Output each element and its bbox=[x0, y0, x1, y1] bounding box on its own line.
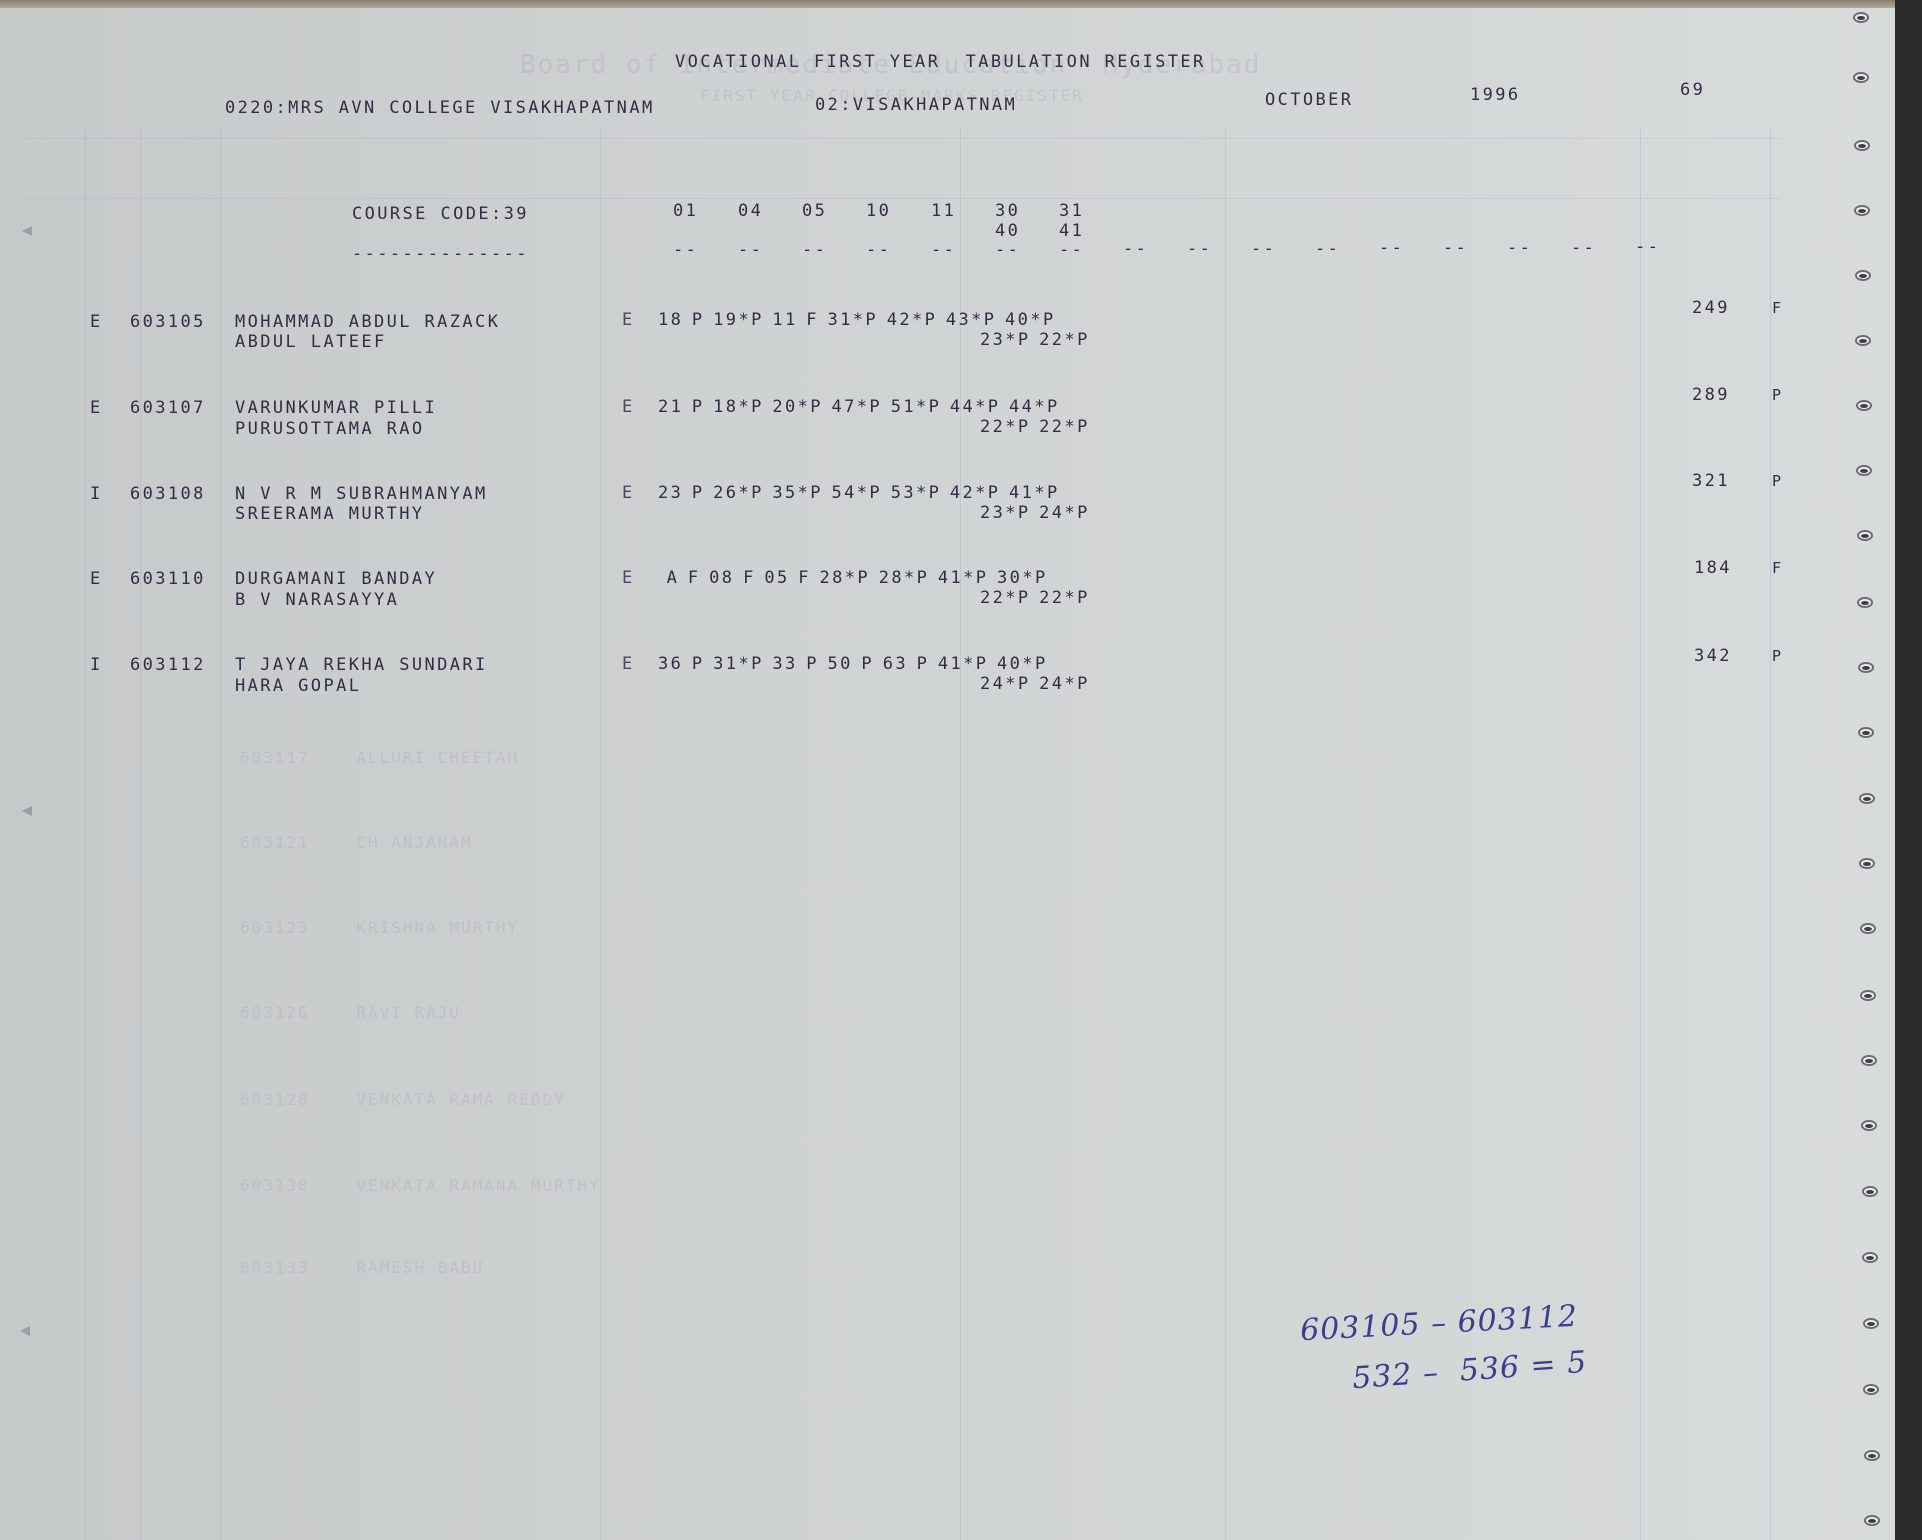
handwritten-count-note: 532 – 536 = 5 bbox=[1351, 1345, 1588, 1396]
sprocket-hole-icon bbox=[1855, 335, 1871, 346]
subject-code: 30 bbox=[995, 201, 1020, 221]
form-rule bbox=[600, 128, 601, 1540]
subject-marks-row1: 18 P 19*P 11 F 31*P 42*P 43*P 40*P bbox=[658, 310, 1056, 330]
sprocket-hole-icon bbox=[1864, 1515, 1880, 1526]
dash-marker: -- bbox=[1507, 238, 1532, 258]
exam-type: E bbox=[622, 483, 635, 503]
form-rule bbox=[140, 128, 141, 1540]
subject-code: 05 bbox=[802, 201, 827, 221]
underlying-form-print: 603123 KRISHNA MURTHY bbox=[240, 918, 519, 937]
underlying-form-print: 603121 CH ANJANAM bbox=[240, 833, 473, 852]
total-marks: 184 bbox=[1694, 558, 1732, 578]
background-edge bbox=[1895, 0, 1922, 1540]
medium-code: E bbox=[90, 398, 103, 418]
form-rule bbox=[1770, 128, 1771, 1540]
form-rule bbox=[220, 128, 221, 1540]
tabulation-sheet: Board of Intermediate Education Hyderaba… bbox=[0, 8, 1895, 1540]
total-marks: 289 bbox=[1692, 385, 1730, 405]
subject-code: 04 bbox=[738, 201, 763, 221]
course-code-label: COURSE CODE:39 bbox=[352, 204, 529, 224]
dash-marker: -- bbox=[1187, 239, 1212, 259]
father-name: PURUSOTTAMA RAO bbox=[235, 419, 425, 439]
hall-ticket-number: 603108 bbox=[130, 484, 206, 504]
sprocket-hole-icon bbox=[1855, 270, 1871, 281]
form-rule bbox=[1640, 128, 1641, 1540]
sprocket-hole-icon bbox=[1861, 1120, 1877, 1131]
exam-month: OCTOBER bbox=[1265, 90, 1353, 110]
result-status: F bbox=[1772, 298, 1783, 318]
sprocket-hole-icon bbox=[1860, 990, 1876, 1001]
dash-marker: -- bbox=[673, 240, 698, 260]
exam-type: E bbox=[622, 310, 635, 330]
father-name: SREERAMA MURTHY bbox=[235, 504, 425, 524]
sprocket-hole-icon bbox=[1859, 793, 1875, 804]
dash-marker: -- bbox=[1251, 239, 1276, 259]
sprocket-hole-icon bbox=[1853, 72, 1869, 83]
total-marks: 342 bbox=[1694, 646, 1732, 666]
hall-ticket-number: 603112 bbox=[130, 655, 206, 675]
subject-code: 41 bbox=[1059, 221, 1084, 241]
exam-type: E bbox=[622, 568, 635, 588]
father-name: B V NARASAYYA bbox=[235, 590, 399, 610]
subject-marks-row2: 24*P 24*P bbox=[980, 674, 1090, 694]
student-name: N V R M SUBRAHMANYAM bbox=[235, 484, 488, 504]
subject-code: 11 bbox=[931, 201, 956, 221]
medium-code: I bbox=[90, 655, 103, 675]
subject-code: 10 bbox=[866, 201, 891, 221]
medium-code: E bbox=[90, 312, 103, 332]
father-name: HARA GOPAL bbox=[235, 676, 361, 696]
sprocket-hole-icon bbox=[1862, 1186, 1878, 1197]
total-marks: 249 bbox=[1692, 298, 1730, 318]
result-status: F bbox=[1772, 558, 1783, 578]
father-name: ABDUL LATEEF bbox=[235, 332, 387, 352]
dash-marker: -- bbox=[995, 240, 1020, 260]
form-rule bbox=[20, 138, 1780, 139]
dash-marker: -- bbox=[1571, 238, 1596, 258]
form-rule bbox=[85, 128, 86, 1540]
margin-tear-mark bbox=[22, 806, 32, 816]
hall-ticket-number: 603110 bbox=[130, 569, 206, 589]
dash-marker: -- bbox=[931, 240, 956, 260]
student-name: MOHAMMAD ABDUL RAZACK bbox=[235, 312, 500, 332]
course-underline: -------------- bbox=[352, 244, 529, 264]
subject-code: 31 bbox=[1059, 201, 1084, 221]
hall-ticket-number: 603105 bbox=[130, 312, 206, 332]
subject-code: 01 bbox=[673, 201, 698, 221]
sprocket-hole-icon bbox=[1856, 465, 1872, 476]
sprocket-hole-icon bbox=[1864, 1450, 1880, 1461]
sprocket-hole-icon bbox=[1858, 662, 1874, 673]
form-rule bbox=[960, 128, 961, 1540]
student-name: T JAYA REKHA SUNDARI bbox=[235, 655, 488, 675]
margin-tear-mark bbox=[20, 1326, 30, 1336]
subject-marks-row1: 21 P 18*P 20*P 47*P 51*P 44*P 44*P bbox=[658, 397, 1060, 417]
exam-type: E bbox=[622, 397, 635, 417]
form-rule bbox=[1225, 128, 1226, 1540]
result-status: P bbox=[1772, 385, 1783, 405]
hall-ticket-number: 603107 bbox=[130, 398, 206, 418]
exam-year: 1996 bbox=[1470, 85, 1521, 105]
dash-marker: -- bbox=[802, 240, 827, 260]
subject-marks-row2: 22*P 22*P bbox=[980, 588, 1090, 608]
sprocket-hole-icon bbox=[1861, 1055, 1877, 1066]
sprocket-hole-icon bbox=[1858, 727, 1874, 738]
medium-code: E bbox=[90, 569, 103, 589]
handwritten-range-note: 603105 – 603112 bbox=[1299, 1299, 1579, 1349]
district-name: 02:VISAKHAPATNAM bbox=[815, 95, 1017, 115]
sprocket-hole-icon bbox=[1854, 205, 1870, 216]
subject-marks-row1: 36 P 31*P 33 P 50 P 63 P 41*P 40*P bbox=[658, 654, 1048, 674]
student-name: VARUNKUMAR PILLI bbox=[235, 398, 437, 418]
underlying-form-print: 603128 VENKATA RAMA REDDY bbox=[240, 1090, 566, 1109]
college-name: 0220:MRS AVN COLLEGE VISAKHAPATNAM bbox=[225, 98, 655, 118]
medium-code: I bbox=[90, 484, 103, 504]
sprocket-hole-icon bbox=[1857, 530, 1873, 541]
underlying-form-print: 603130 VENKATA RAMANA MURTHY bbox=[240, 1176, 601, 1195]
dash-marker: -- bbox=[1443, 238, 1468, 258]
dash-marker: -- bbox=[1315, 239, 1340, 259]
exam-type: E bbox=[622, 654, 635, 674]
dash-marker: -- bbox=[1123, 239, 1148, 259]
sprocket-hole-icon bbox=[1854, 140, 1870, 151]
page-number: 69 bbox=[1680, 80, 1705, 100]
subject-marks-row2: 23*P 24*P bbox=[980, 503, 1090, 523]
subject-marks-row2: 22*P 22*P bbox=[980, 417, 1090, 437]
subject-marks-row2: 23*P 22*P bbox=[980, 330, 1090, 350]
margin-tear-mark bbox=[22, 226, 32, 236]
sprocket-hole-icon bbox=[1853, 12, 1869, 23]
sprocket-hole-icon bbox=[1863, 1384, 1879, 1395]
sprocket-hole-icon bbox=[1859, 858, 1875, 869]
result-status: P bbox=[1772, 646, 1783, 666]
underlying-form-print: 603117 ALLURI CHEETAH bbox=[240, 748, 519, 767]
dash-marker: -- bbox=[1635, 237, 1660, 257]
subject-marks-row1: A F 08 F 05 F 28*P 28*P 41*P 30*P bbox=[658, 568, 1048, 588]
register-title: VOCATIONAL FIRST YEAR TABULATION REGISTE… bbox=[675, 52, 1206, 72]
dash-marker: -- bbox=[866, 240, 891, 260]
subject-marks-row1: 23 P 26*P 35*P 54*P 53*P 42*P 41*P bbox=[658, 483, 1060, 503]
dash-marker: -- bbox=[738, 240, 763, 260]
subject-code: 40 bbox=[995, 221, 1020, 241]
underlying-form-print: 603126 RAVI RAJU bbox=[240, 1003, 461, 1022]
form-rule bbox=[20, 198, 1780, 199]
dash-marker: -- bbox=[1059, 240, 1084, 260]
sprocket-hole-icon bbox=[1856, 400, 1872, 411]
student-name: DURGAMANI BANDAY bbox=[235, 569, 437, 589]
sprocket-hole-icon bbox=[1860, 923, 1876, 934]
sprocket-hole-icon bbox=[1857, 597, 1873, 608]
dash-marker: -- bbox=[1379, 238, 1404, 258]
result-status: P bbox=[1772, 471, 1783, 491]
sprocket-hole-icon bbox=[1863, 1318, 1879, 1329]
sprocket-hole-icon bbox=[1862, 1252, 1878, 1263]
total-marks: 321 bbox=[1692, 471, 1730, 491]
underlying-form-print: 603133 RAMESH BABU bbox=[240, 1258, 484, 1277]
